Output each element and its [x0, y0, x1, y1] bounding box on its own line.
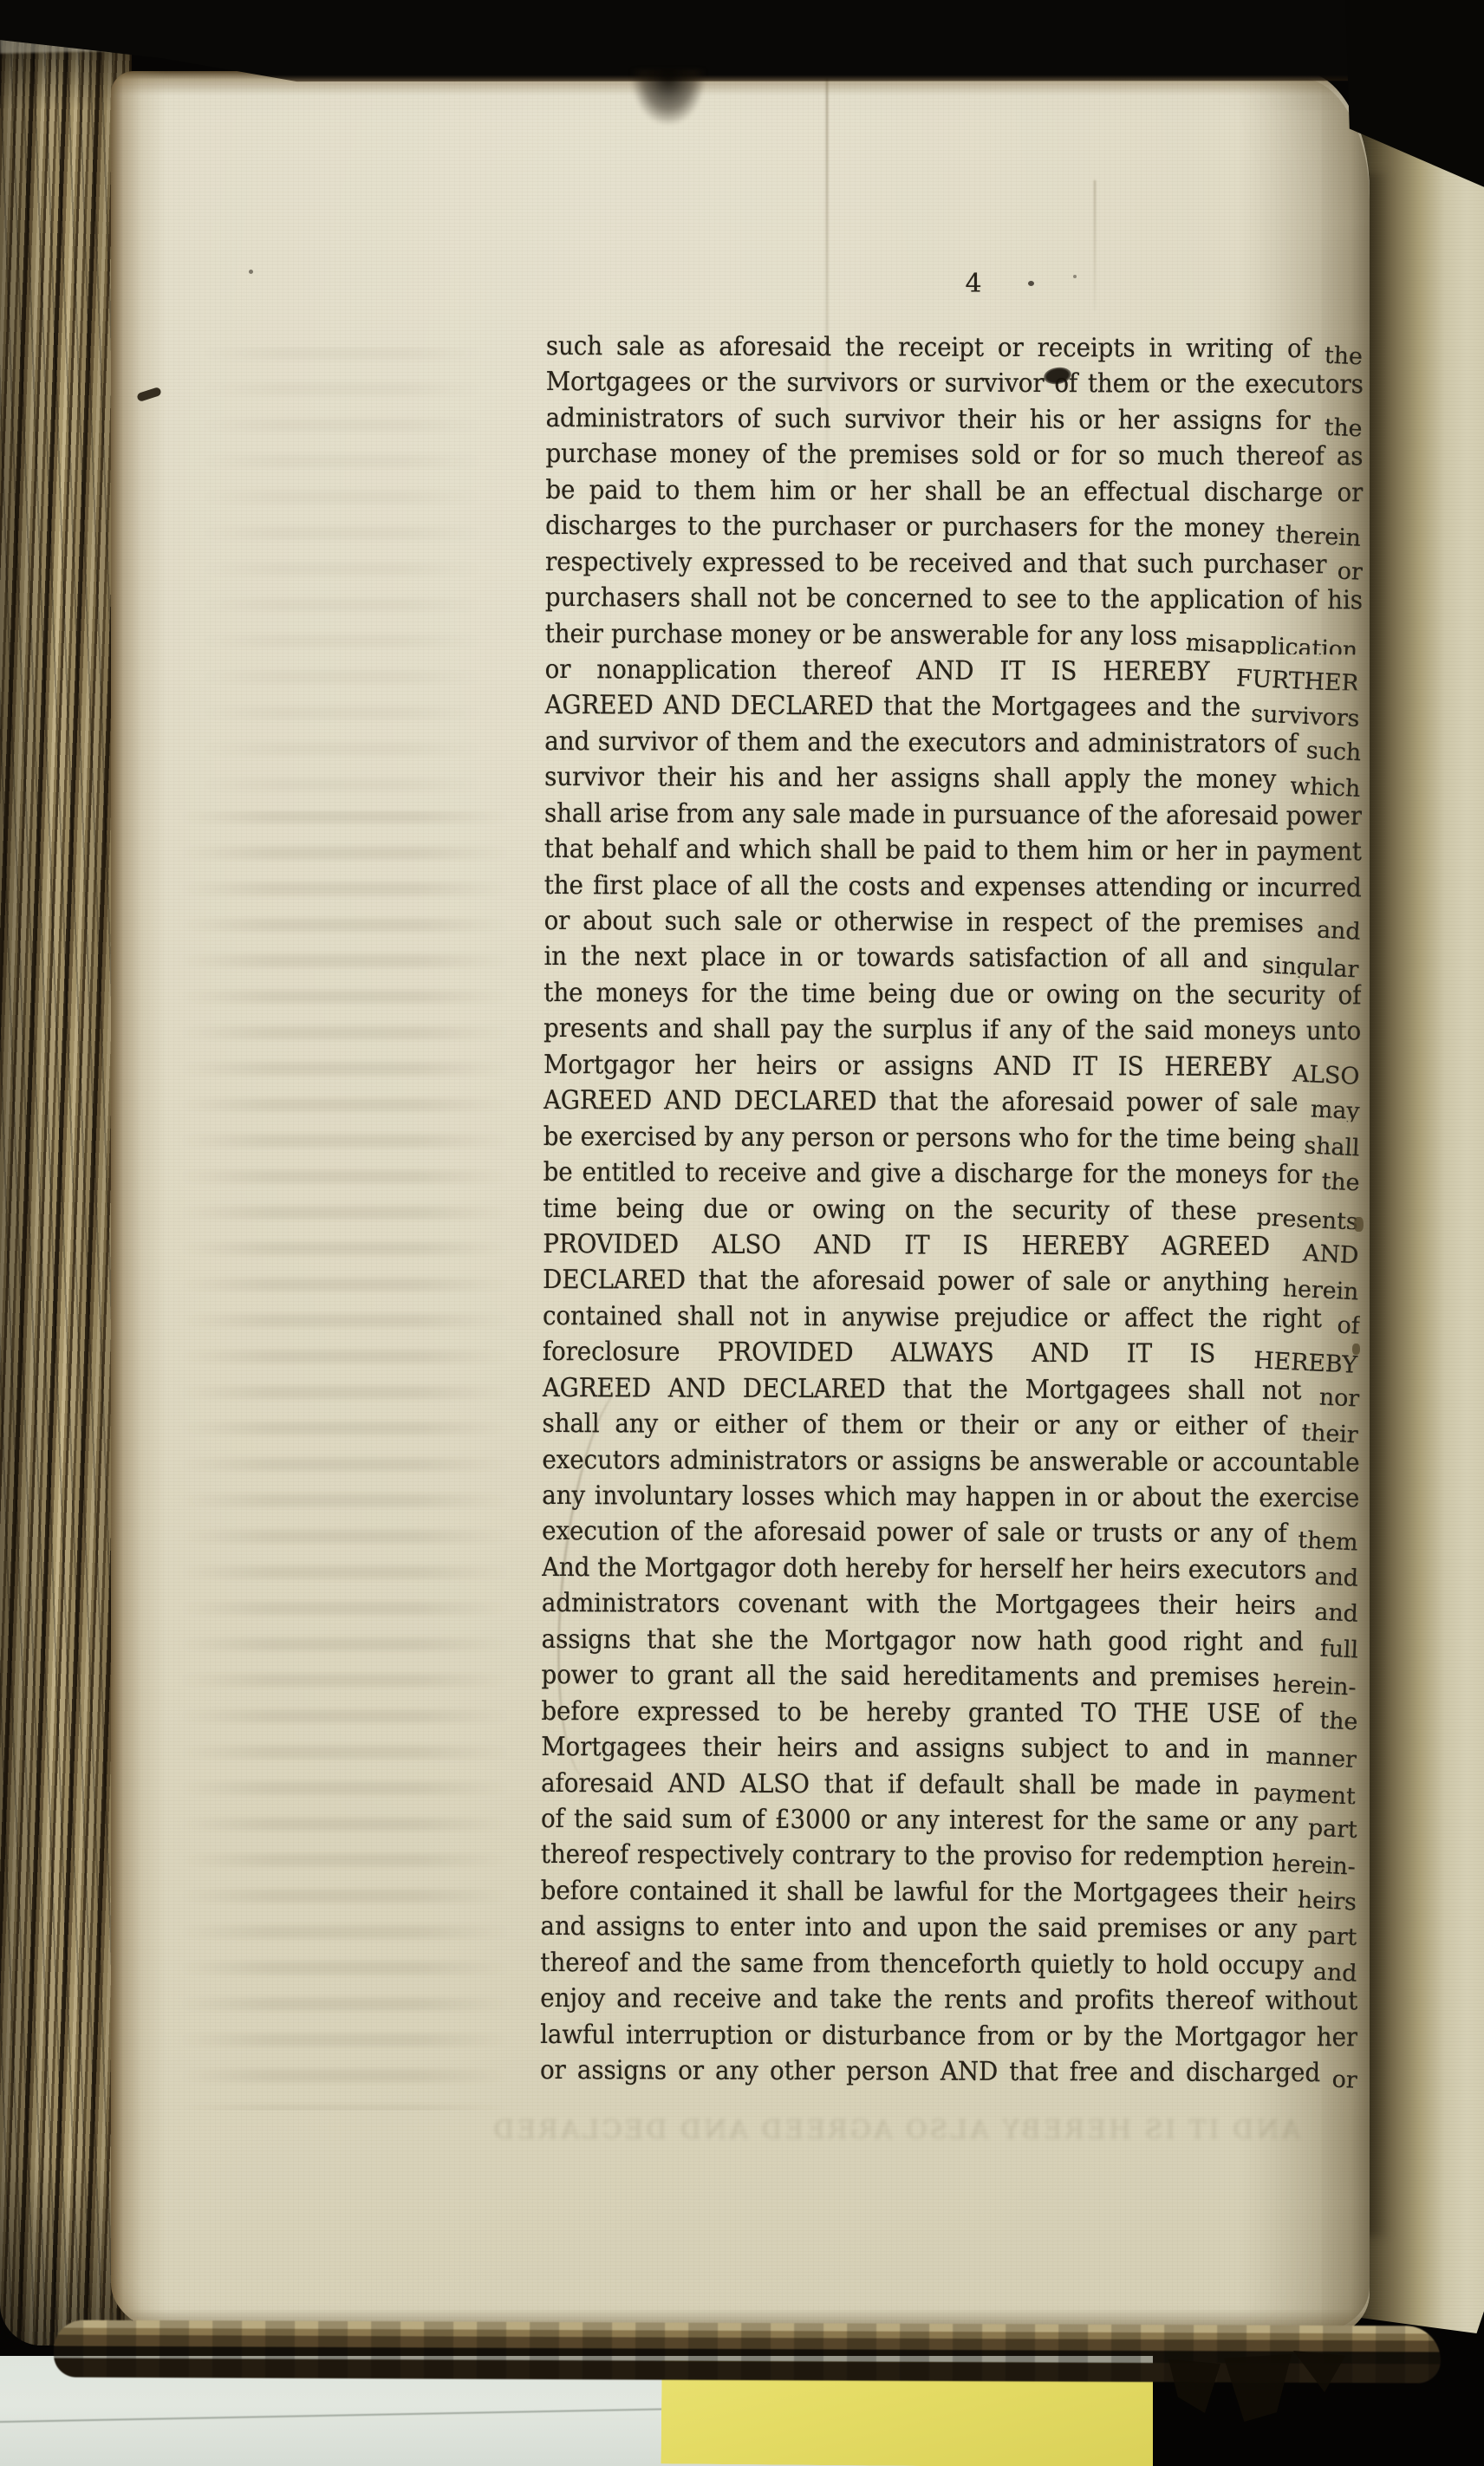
- line-tail-word: herein: [1282, 1273, 1359, 1301]
- text-line: be exercised by any person or persons wh…: [543, 1119, 1361, 1158]
- line-text: that behalf and which shall be paid to t…: [544, 834, 1362, 867]
- line-tail-word: the: [1321, 1166, 1360, 1194]
- line-text: of the said sum of £3000 or any interest…: [541, 1804, 1298, 1837]
- ink-speck: [1028, 281, 1034, 286]
- text-line: assigns that she the Mortgagor now hath …: [542, 1622, 1359, 1661]
- text-line: purchase money of the premises sold or f…: [545, 436, 1363, 475]
- line-text: respectively expressed to be received an…: [545, 547, 1327, 580]
- line-tail-word: and: [1314, 1560, 1359, 1588]
- text-line: before contained it shall be lawful for …: [541, 1873, 1358, 1912]
- line-text: thereof and the same from thenceforth qu…: [540, 1948, 1304, 1981]
- line-tail-word: payment: [1253, 1776, 1357, 1805]
- line-tail-word: and: [1314, 1597, 1359, 1624]
- paper-crease: [826, 78, 828, 485]
- text-line: the moneys for the time being due or owi…: [543, 975, 1361, 1014]
- line-tail-word: of: [1337, 1309, 1360, 1337]
- line-text: or about such sale or otherwise in respe…: [544, 906, 1304, 939]
- line-tail-word: their: [1301, 1417, 1359, 1445]
- line-text: and assigns to enter into and upon the s…: [541, 1911, 1298, 1944]
- line-text: foreclosure PROVIDED ALWAYS AND IT IS: [543, 1337, 1215, 1370]
- line-text: presents and shall pay the surplus if an…: [543, 1013, 1361, 1046]
- line-text: time being due or owing on the security …: [543, 1193, 1236, 1226]
- line-tail-word: such: [1305, 734, 1362, 762]
- line-text: discharges to the purchaser or purchaser…: [545, 511, 1264, 543]
- paper-crease: [1094, 180, 1096, 310]
- line-text: enjoy and receive and take the rents and…: [540, 1983, 1357, 2016]
- line-tail-word: misapplication: [1185, 626, 1358, 654]
- text-line: that behalf and which shall be paid to t…: [544, 831, 1362, 870]
- line-text: or assigns or any other person AND that …: [540, 2055, 1320, 2088]
- text-line: before expressed to be hereby granted TO…: [541, 1694, 1358, 1733]
- line-text: or nonapplication thereof AND IT IS HERE…: [545, 654, 1210, 687]
- line-text: before contained it shall be lawful for …: [541, 1876, 1287, 1909]
- text-line: Mortgagees or the survivors or survivor …: [546, 364, 1364, 403]
- line-tail-word: FURTHER: [1235, 662, 1359, 691]
- line-text: shall arise from any sale made in pursua…: [544, 798, 1362, 831]
- text-line: of the said sum of £3000 or any interest…: [541, 1801, 1358, 1840]
- line-text: PROVIDED ALSO AND IT IS HEREBY AGREED: [543, 1229, 1270, 1262]
- line-text: DECLARED that the aforesaid power of sal…: [543, 1265, 1269, 1298]
- text-line: enjoy and receive and take the rents and…: [540, 1981, 1357, 2020]
- line-text: survivor their his and her assigns shall…: [544, 762, 1276, 795]
- text-line: or about such sale or otherwise in respe…: [544, 903, 1362, 942]
- text-line: shall arise from any sale made in pursua…: [544, 796, 1362, 835]
- text-line: be entitled to receive and give a discha…: [543, 1155, 1361, 1194]
- line-tail-word: heirs: [1297, 1884, 1357, 1911]
- line-tail-word: HEREBY: [1253, 1344, 1357, 1373]
- line-tail-word: therein: [1275, 518, 1362, 546]
- line-tail-word: singular: [1262, 950, 1359, 978]
- text-line: power to grant all the said hereditament…: [542, 1657, 1359, 1696]
- text-line: administrators of such survivor their hi…: [546, 400, 1364, 439]
- text-line: Mortgagor her heirs or assigns AND IT IS…: [543, 1047, 1361, 1086]
- text-line: foreclosure PROVIDED ALWAYS AND IT IS HE…: [543, 1334, 1360, 1373]
- burn-mark-top-edge: [631, 69, 706, 125]
- text-line: or assigns or any other person AND that …: [540, 2053, 1357, 2092]
- ink-speck: [249, 270, 253, 274]
- page-edge-nick: [1354, 1217, 1364, 1232]
- line-text: be paid to them him or her shall be an e…: [545, 475, 1363, 508]
- text-line: and assigns to enter into and upon the s…: [540, 1909, 1357, 1948]
- show-through-text-bottom: AND IT IS HEREBY ALSO AGREED AND DECLARE…: [537, 2115, 1300, 2153]
- line-text: the moneys for the time being due or owi…: [543, 978, 1361, 1011]
- text-line: such sale as aforesaid the receipt or re…: [546, 329, 1364, 368]
- line-text: aforesaid AND ALSO that if default shall…: [541, 1767, 1239, 1800]
- text-line: and survivor of them and the executors a…: [544, 724, 1362, 763]
- line-tail-word: may: [1310, 1094, 1360, 1122]
- text-line: aforesaid AND ALSO that if default shall…: [541, 1765, 1358, 1804]
- line-text: purchasers shall not be concerned to see…: [545, 582, 1363, 615]
- text-line: purchasers shall not be concerned to see…: [545, 580, 1363, 619]
- line-tail-word: shall: [1303, 1129, 1359, 1157]
- line-tail-word: manner: [1265, 1740, 1357, 1767]
- text-line: thereof and the same from thenceforth qu…: [540, 1945, 1357, 1984]
- text-line: time being due or owing on the security …: [543, 1190, 1360, 1229]
- book-photo-scene: 4 such sale as aforesaid the receipt or …: [0, 0, 1484, 2466]
- line-tail-word: and: [1312, 1955, 1357, 1983]
- line-tail-word: herein-: [1272, 1668, 1357, 1695]
- line-tail-word: part: [1307, 1920, 1357, 1948]
- text-line: in the next place in or towards satisfac…: [543, 939, 1361, 978]
- text-line: PROVIDED ALSO AND IT IS HEREBY AGREED AN…: [543, 1226, 1360, 1266]
- line-text: and survivor of them and the executors a…: [544, 726, 1297, 759]
- line-tail-word: and: [1316, 914, 1361, 941]
- line-text: be entitled to receive and give a discha…: [543, 1157, 1312, 1190]
- line-text: lawful interruption or disturbance from …: [540, 2020, 1357, 2053]
- line-text: before expressed to be hereby granted TO…: [541, 1696, 1301, 1729]
- line-tail-word: nor: [1318, 1381, 1360, 1409]
- show-through-text-left-margin: [178, 810, 511, 2111]
- text-line: be paid to them him or her shall be an e…: [545, 472, 1363, 511]
- line-tail-word: herein-: [1272, 1848, 1357, 1876]
- text-line: thereof respectively contrary to the pro…: [541, 1837, 1358, 1876]
- line-text: administrators of such survivor their hi…: [546, 403, 1311, 436]
- line-tail-word: the: [1324, 411, 1363, 439]
- line-tail-word: the: [1324, 339, 1363, 367]
- line-text: thereof respectively contrary to the pro…: [541, 1839, 1264, 1872]
- line-tail-word: part: [1307, 1812, 1357, 1839]
- line-text: contained shall not in anywise prejudice…: [543, 1301, 1322, 1334]
- text-line: survivor their his and her assigns shall…: [544, 759, 1362, 798]
- line-text: Mortgagees or the survivors or survivor …: [546, 367, 1364, 400]
- line-text: purchase money of the premises sold or f…: [545, 439, 1363, 472]
- text-line: respectively expressed to be received an…: [545, 544, 1363, 583]
- line-tail-word: or: [1337, 555, 1363, 582]
- line-tail-word: survivors: [1250, 699, 1359, 727]
- line-tail-word: ALSO: [1292, 1057, 1360, 1085]
- page-number: 4: [950, 269, 997, 303]
- line-text: their purchase money or be answerable fo…: [545, 618, 1177, 651]
- line-tail-word: presents: [1255, 1201, 1357, 1230]
- line-tail-word: or: [1331, 2064, 1357, 2092]
- text-line: their purchase money or be answerable fo…: [545, 615, 1363, 654]
- page-edge-nick: [1352, 1344, 1360, 1355]
- text-line: presents and shall pay the surplus if an…: [543, 1011, 1361, 1050]
- line-text: the first place of all the costs and exp…: [544, 870, 1362, 903]
- line-text: AGREED AND DECLARED that the Mortgagees …: [544, 690, 1240, 723]
- text-line: AGREED AND DECLARED that the aforesaid p…: [543, 1083, 1361, 1122]
- line-text: be exercised by any person or persons wh…: [543, 1122, 1296, 1155]
- text-line: the first place of all the costs and exp…: [544, 868, 1362, 907]
- text-line: or nonapplication thereof AND IT IS HERE…: [545, 652, 1363, 691]
- text-line: contained shall not in anywise prejudice…: [543, 1298, 1360, 1337]
- line-text: Mortgagor her heirs or assigns AND IT IS…: [543, 1050, 1272, 1083]
- ink-speck: [1073, 275, 1077, 278]
- line-text: in the next place in or towards satisfac…: [543, 941, 1247, 974]
- line-tail-word: full: [1319, 1632, 1359, 1660]
- line-text: AGREED AND DECLARED that the aforesaid p…: [543, 1085, 1298, 1118]
- text-line: Mortgagees their heirs and assigns subje…: [541, 1729, 1358, 1768]
- line-tail-word: the: [1319, 1704, 1358, 1732]
- line-tail-word: AND: [1303, 1237, 1360, 1265]
- text-line: discharges to the purchaser or purchaser…: [545, 508, 1363, 547]
- show-through-text-left-margin-upper: [199, 347, 485, 797]
- line-text: Mortgagees their heirs and assigns subje…: [541, 1732, 1249, 1765]
- line-text: such sale as aforesaid the receipt or re…: [546, 331, 1311, 364]
- line-tail-word: which: [1289, 771, 1360, 798]
- text-line: AGREED AND DECLARED that the Mortgagees …: [543, 1370, 1360, 1409]
- text-line: AGREED AND DECLARED that the Mortgagees …: [544, 687, 1362, 726]
- line-tail-word: them: [1297, 1525, 1358, 1552]
- text-line: lawful interruption or disturbance from …: [540, 2017, 1357, 2056]
- deed-text-block: such sale as aforesaid the receipt or re…: [540, 329, 1364, 2092]
- text-line: DECLARED that the aforesaid power of sal…: [543, 1262, 1360, 1301]
